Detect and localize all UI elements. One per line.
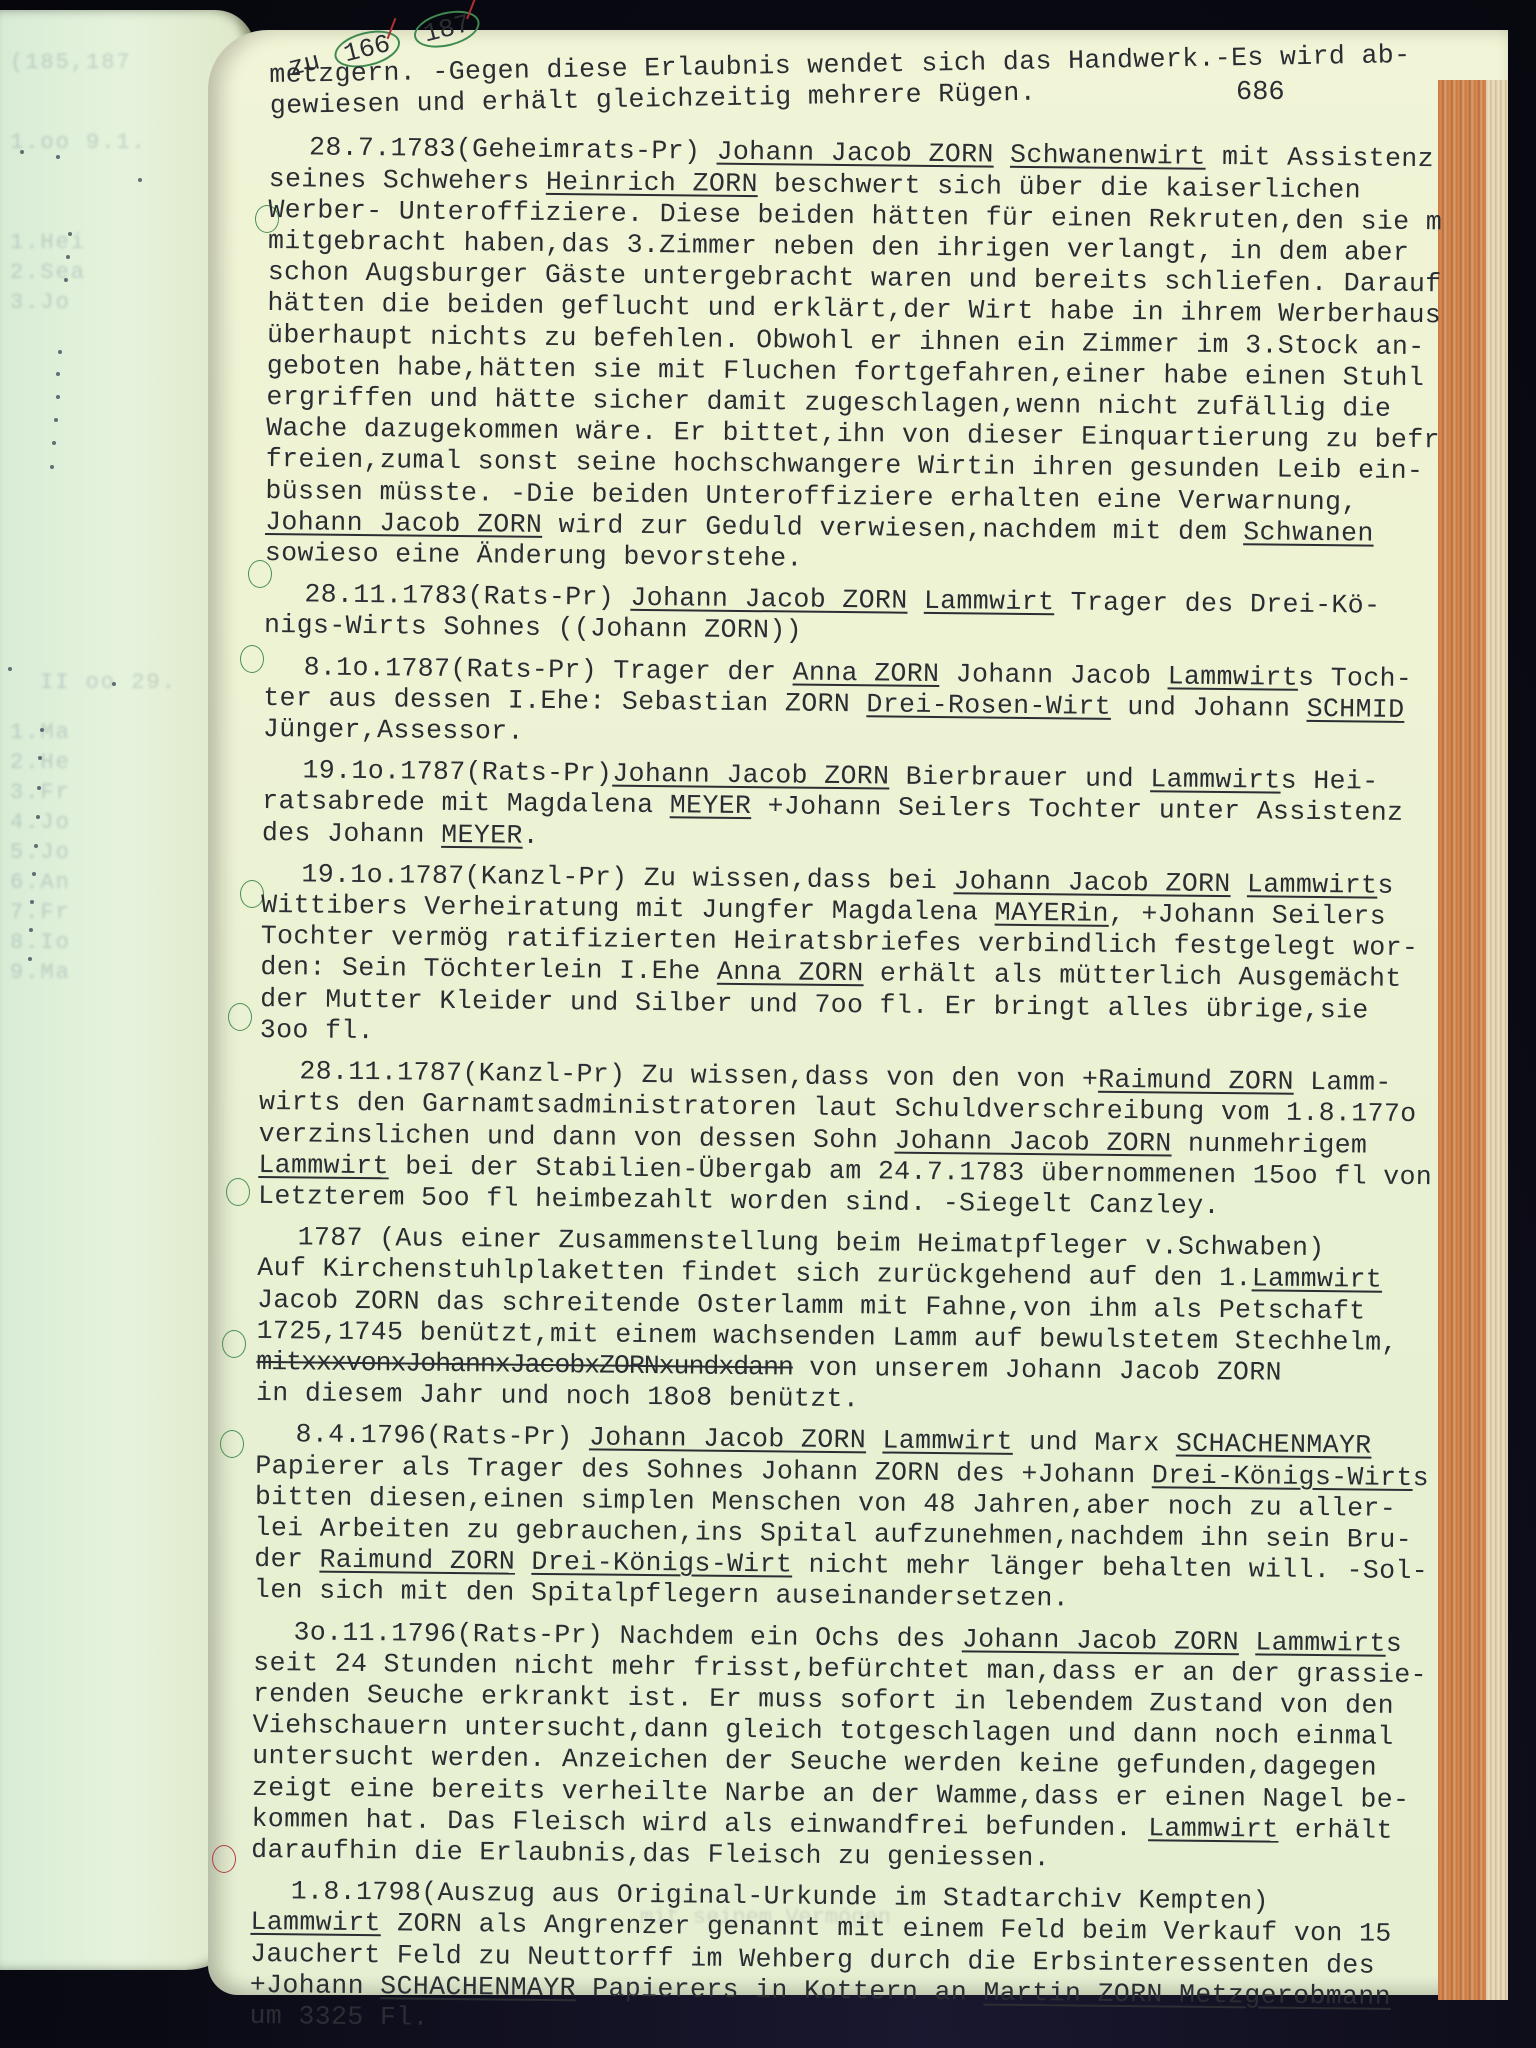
chronicle-entry: 3o.11.1796(Rats-Pr) Nachdem ein Ochs des… — [251, 1616, 1444, 1878]
chronicle-entry: 19.1o.1787(Kanzl-Pr) Zu wissen,dass bei … — [260, 859, 1452, 1059]
bleed-dot — [36, 815, 40, 819]
bleed-dot — [30, 900, 34, 904]
margin-annotation-mark — [222, 1330, 246, 1358]
chronicle-entry: 19.1o.1787(Rats-Pr)Johann Jacob ZORN Bie… — [262, 755, 1453, 861]
bleed-dot — [20, 150, 24, 154]
left-ghost-text: 2.He — [10, 750, 71, 775]
left-ghost-text: 8.Io — [10, 930, 71, 955]
left-ghost-text: 4.Jo — [10, 810, 71, 835]
margin-annotation-mark — [226, 1178, 250, 1206]
left-ghost-text: 9.Ma — [10, 960, 71, 985]
bleed-dot — [34, 844, 38, 848]
struck-out-text: mitxxxvonxJohannxJacobxZORNxundxdann — [256, 1347, 793, 1383]
entries-list: 28.7.1783(Geheimrats-Pr) Johann Jacob ZO… — [249, 132, 1459, 2044]
left-ghost-text: 6.An — [10, 870, 71, 895]
chronicle-entry: 1787 (Aus einer Zusammenstellung beim He… — [256, 1222, 1448, 1422]
typewritten-text: metzgern. -Gegen diese Erlaubnis wendet … — [249, 60, 1460, 2045]
left-ghost-text: 7.Fr — [10, 900, 71, 925]
left-ghost-text: 1.Hei — [10, 230, 86, 255]
bleed-dot — [38, 756, 42, 760]
bleed-dot — [112, 682, 116, 686]
bleed-dot — [52, 441, 56, 445]
bleed-dot — [138, 178, 142, 182]
bleed-dot — [66, 255, 70, 259]
bleed-dot — [64, 278, 68, 282]
margin-annotation-mark — [212, 1845, 236, 1873]
left-ghost-text: 3.Jo — [10, 290, 71, 315]
chronicle-entry: 28.7.1783(Geheimrats-Pr) Johann Jacob ZO… — [265, 132, 1460, 581]
chronicle-entry: 8.1o.1787(Rats-Pr) Trager der Anna ZORN … — [263, 652, 1454, 758]
chronicle-entry: 8.4.1796(Rats-Pr) Johann Jacob ZORN Lamm… — [254, 1419, 1446, 1619]
bleed-dot — [37, 786, 41, 790]
left-ghost-text: 3.Fr — [10, 780, 71, 805]
margin-annotation-mark — [228, 1003, 252, 1031]
chronicle-entry: 28.11.1787(Kanzl-Pr) Zu wissen,dass von … — [258, 1056, 1450, 1224]
bleed-dot — [28, 957, 32, 961]
bleed-dot — [58, 350, 62, 354]
bleed-dot — [32, 872, 36, 876]
bleed-dot — [56, 155, 60, 159]
margin-annotation-mark — [240, 645, 264, 673]
left-ghost-text: 5.Jo — [10, 840, 71, 865]
bleed-dot — [29, 928, 33, 932]
bleed-dot — [40, 728, 44, 732]
left-ghost-text: 1.Ma — [10, 720, 71, 745]
bleed-dot — [54, 418, 58, 422]
bleed-dot — [56, 372, 60, 376]
left-ghost-text: (185,187 — [10, 50, 132, 75]
chronicle-entry: 1.8.1798(Auszug aus Original-Urkunde im … — [249, 1876, 1441, 2044]
left-ghost-text: 2.Sea — [10, 260, 86, 285]
bleed-dot — [68, 232, 72, 236]
bleed-dot — [56, 395, 60, 399]
left-ghost-text: 1.oo 9.1. — [10, 130, 147, 155]
left-ghost-text: II oo 29. — [40, 670, 177, 695]
chronicle-entry: 28.11.1783(Rats-Pr) Johann Jacob ZORN La… — [264, 579, 1455, 654]
margin-annotation-mark — [220, 1430, 244, 1458]
bleed-dot — [8, 667, 12, 671]
bleed-dot — [50, 465, 54, 469]
